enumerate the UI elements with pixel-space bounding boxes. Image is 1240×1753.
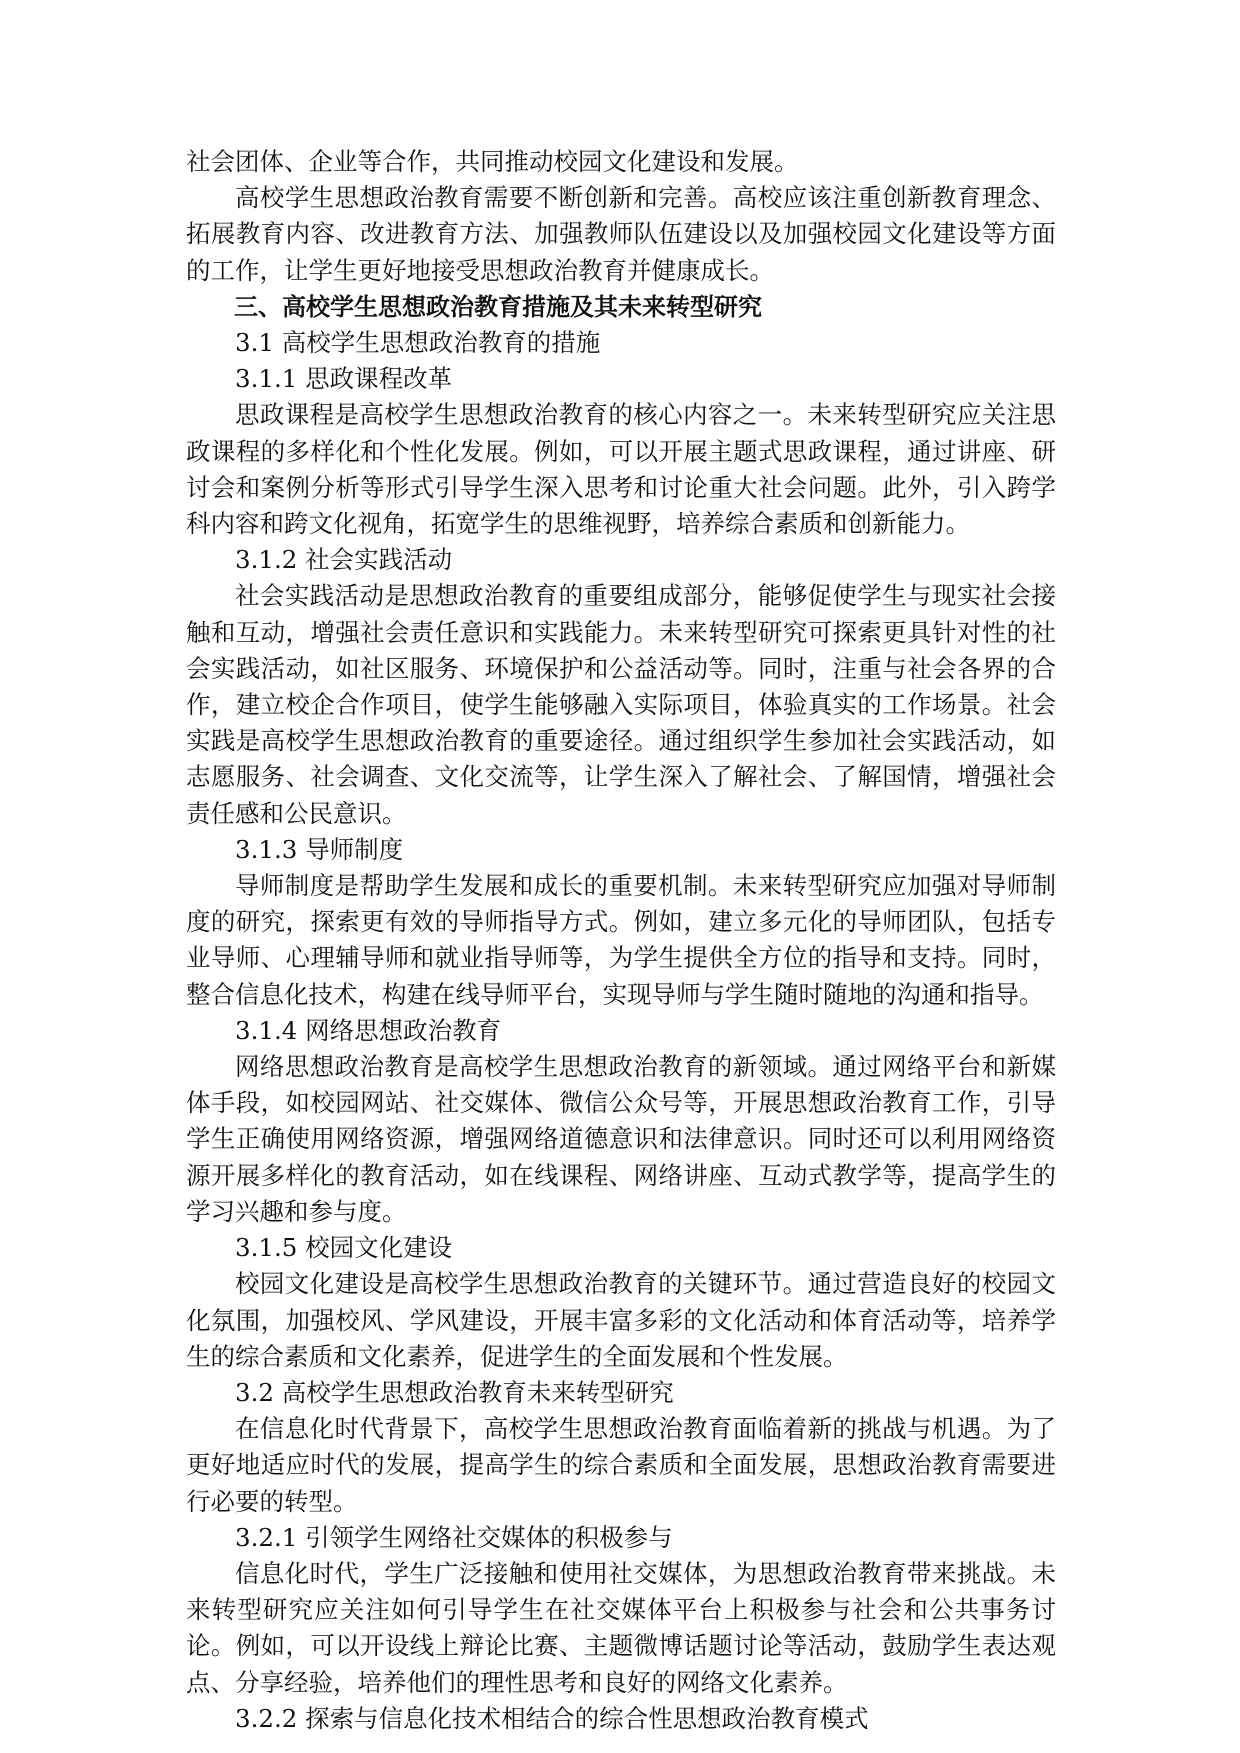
- subsection-heading-3-2-1: 3.2.1 引领学生网络社交媒体的积极参与: [186, 1520, 1056, 1556]
- paragraph-online-education: 网络思想政治教育是高校学生思想政治教育的新领域。通过网络平台和新媒体手段，如校园…: [186, 1049, 1056, 1230]
- subsection-heading-3-1: 3.1 高校学生思想政治教育的措施: [186, 325, 1056, 361]
- paragraph-curriculum-reform: 思政课程是高校学生思想政治教育的核心内容之一。未来转型研究应关注思政课程的多样化…: [186, 397, 1056, 542]
- paragraph-innovation-summary: 高校学生思想政治教育需要不断创新和完善。高校应该注重创新教育理念、拓展教育内容、…: [186, 180, 1056, 289]
- subsection-heading-3-1-2: 3.1.2 社会实践活动: [186, 542, 1056, 578]
- subsection-heading-3-1-1: 3.1.1 思政课程改革: [186, 361, 1056, 397]
- subsection-heading-3-2-2: 3.2.2 探索与信息化技术相结合的综合性思想政治教育模式: [186, 1701, 1056, 1737]
- subsection-heading-3-2: 3.2 高校学生思想政治教育未来转型研究: [186, 1375, 1056, 1411]
- paragraph-transformation-intro: 在信息化时代背景下，高校学生思想政治教育面临着新的挑战与机遇。为了更好地适应时代…: [186, 1411, 1056, 1520]
- subsection-heading-3-1-5: 3.1.5 校园文化建设: [186, 1230, 1056, 1266]
- paragraph-social-media: 信息化时代，学生广泛接触和使用社交媒体，为思想政治教育带来挑战。未来转型研究应关…: [186, 1556, 1056, 1701]
- section-heading-3: 三、高校学生思想政治教育措施及其未来转型研究: [186, 289, 1056, 325]
- document-page: 社会团体、企业等合作，共同推动校园文化建设和发展。 高校学生思想政治教育需要不断…: [186, 144, 1056, 1737]
- paragraph-social-practice: 社会实践活动是思想政治教育的重要组成部分，能够促使学生与现实社会接触和互动，增强…: [186, 578, 1056, 831]
- subsection-heading-3-1-3: 3.1.3 导师制度: [186, 832, 1056, 868]
- subsection-heading-3-1-4: 3.1.4 网络思想政治教育: [186, 1013, 1056, 1049]
- paragraph-continued: 社会团体、企业等合作，共同推动校园文化建设和发展。: [186, 144, 1056, 180]
- paragraph-campus-culture: 校园文化建设是高校学生思想政治教育的关键环节。通过营造良好的校园文化氛围，加强校…: [186, 1266, 1056, 1375]
- paragraph-tutor-system: 导师制度是帮助学生发展和成长的重要机制。未来转型研究应加强对导师制度的研究，探索…: [186, 868, 1056, 1013]
